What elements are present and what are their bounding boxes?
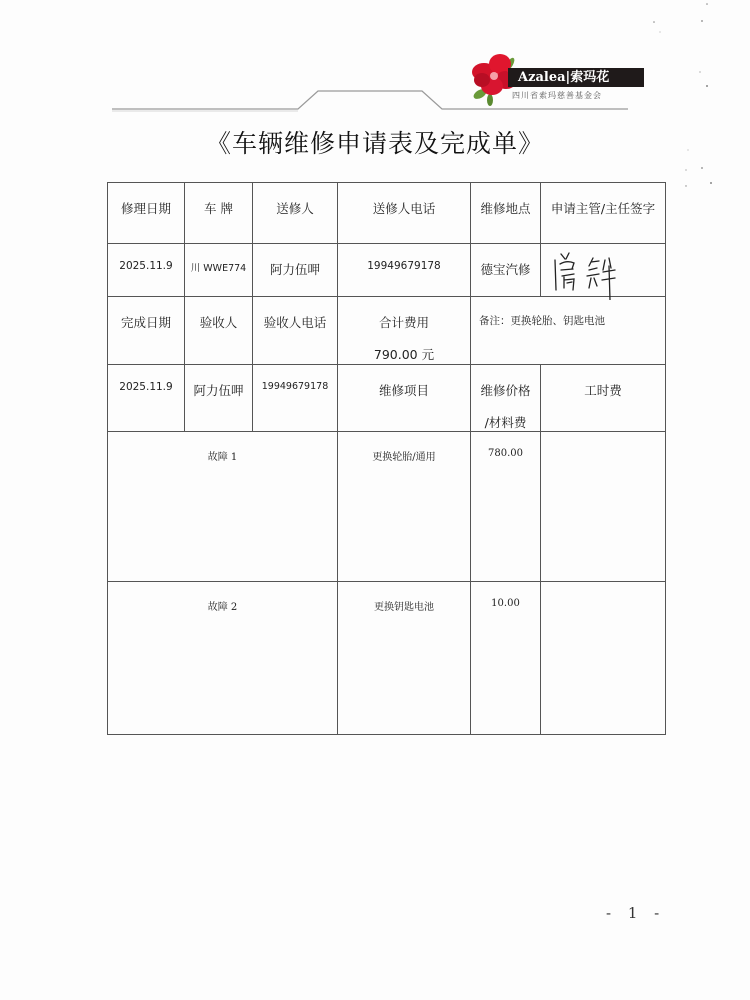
fault-item: 更换轮胎/通用 <box>338 432 471 582</box>
header-sender: 送修人 <box>253 183 338 244</box>
fault-labor <box>541 582 666 735</box>
fault-label: 故障 1 <box>108 432 338 582</box>
fault-labor <box>541 432 666 582</box>
foundation-logo: Azalea|索玛花 四川省索玛慈善基金会 <box>470 50 650 108</box>
fault-price: 10.00 <box>471 582 541 735</box>
brand-name-en: Azalea <box>518 70 566 85</box>
header-repair-date: 修理日期 <box>108 183 185 244</box>
plate-value: 川 WWE774 <box>185 244 253 297</box>
fault-item: 更换钥匙电池 <box>338 582 471 735</box>
header-inspector-phone: 验收人电话 <box>253 297 338 365</box>
price-label-line1: 维修价格 <box>480 383 530 398</box>
inspector-value: 阿力伍呷 <box>185 365 253 432</box>
request-value-row: 2025.11.9 川 WWE774 阿力伍呷 19949679178 德宝汽修 <box>108 244 666 297</box>
completion-date-value: 2025.11.9 <box>108 365 185 432</box>
header-sender-phone: 送修人电话 <box>338 183 471 244</box>
request-header-row: 修理日期 车 牌 送修人 送修人电话 维修地点 申请主管/主任签字 <box>108 183 666 244</box>
header-repair-item: 维修项目 <box>338 365 471 432</box>
document-title: 《车辆维修申请表及完成单》 <box>0 124 750 160</box>
price-label-line2: /材料费 <box>471 413 540 431</box>
brand-name-cn: 索玛花 <box>570 70 609 85</box>
inspector-phone-value: 19949679178 <box>253 365 338 432</box>
header-inspector: 验收人 <box>185 297 253 365</box>
supervisor-signature <box>541 244 666 297</box>
header-completion-date: 完成日期 <box>108 297 185 365</box>
header-repair-price: 维修价格 /材料费 <box>471 365 541 432</box>
fault-row: 故障 1 更换轮胎/通用 780.00 <box>108 432 666 582</box>
remarks: 备注：更换轮胎、钥匙电池 <box>471 297 666 365</box>
total-cost-cell: 合计费用 790.00 元 <box>338 297 471 365</box>
repair-location-value: 德宝汽修 <box>471 244 541 297</box>
repair-form-table: 修理日期 车 牌 送修人 送修人电话 维修地点 申请主管/主任签字 2025.1… <box>107 182 666 735</box>
handwritten-signature-icon <box>547 250 637 300</box>
foundation-name: 四川省索玛慈善基金会 <box>512 90 602 101</box>
sender-value: 阿力伍呷 <box>253 244 338 297</box>
total-cost-label: 合计费用 <box>379 315 429 330</box>
header-plate: 车 牌 <box>185 183 253 244</box>
fault-price: 780.00 <box>471 432 541 582</box>
brand-name: Azalea|索玛花 <box>508 68 644 87</box>
page-number: - 1 - <box>606 904 665 922</box>
sender-phone-value: 19949679178 <box>338 244 471 297</box>
header-repair-location: 维修地点 <box>471 183 541 244</box>
header-labor-fee: 工时费 <box>541 365 666 432</box>
fault-label: 故障 2 <box>108 582 338 735</box>
completion-value-row: 2025.11.9 阿力伍呷 19949679178 维修项目 维修价格 /材料… <box>108 365 666 432</box>
fault-row: 故障 2 更换钥匙电池 10.00 <box>108 582 666 735</box>
header-supervisor-signature: 申请主管/主任签字 <box>541 183 666 244</box>
repair-date-value: 2025.11.9 <box>108 244 185 297</box>
completion-header-row: 完成日期 验收人 验收人电话 合计费用 790.00 元 备注：更换轮胎、钥匙电… <box>108 297 666 365</box>
total-cost-value: 790.00 元 <box>338 345 470 363</box>
